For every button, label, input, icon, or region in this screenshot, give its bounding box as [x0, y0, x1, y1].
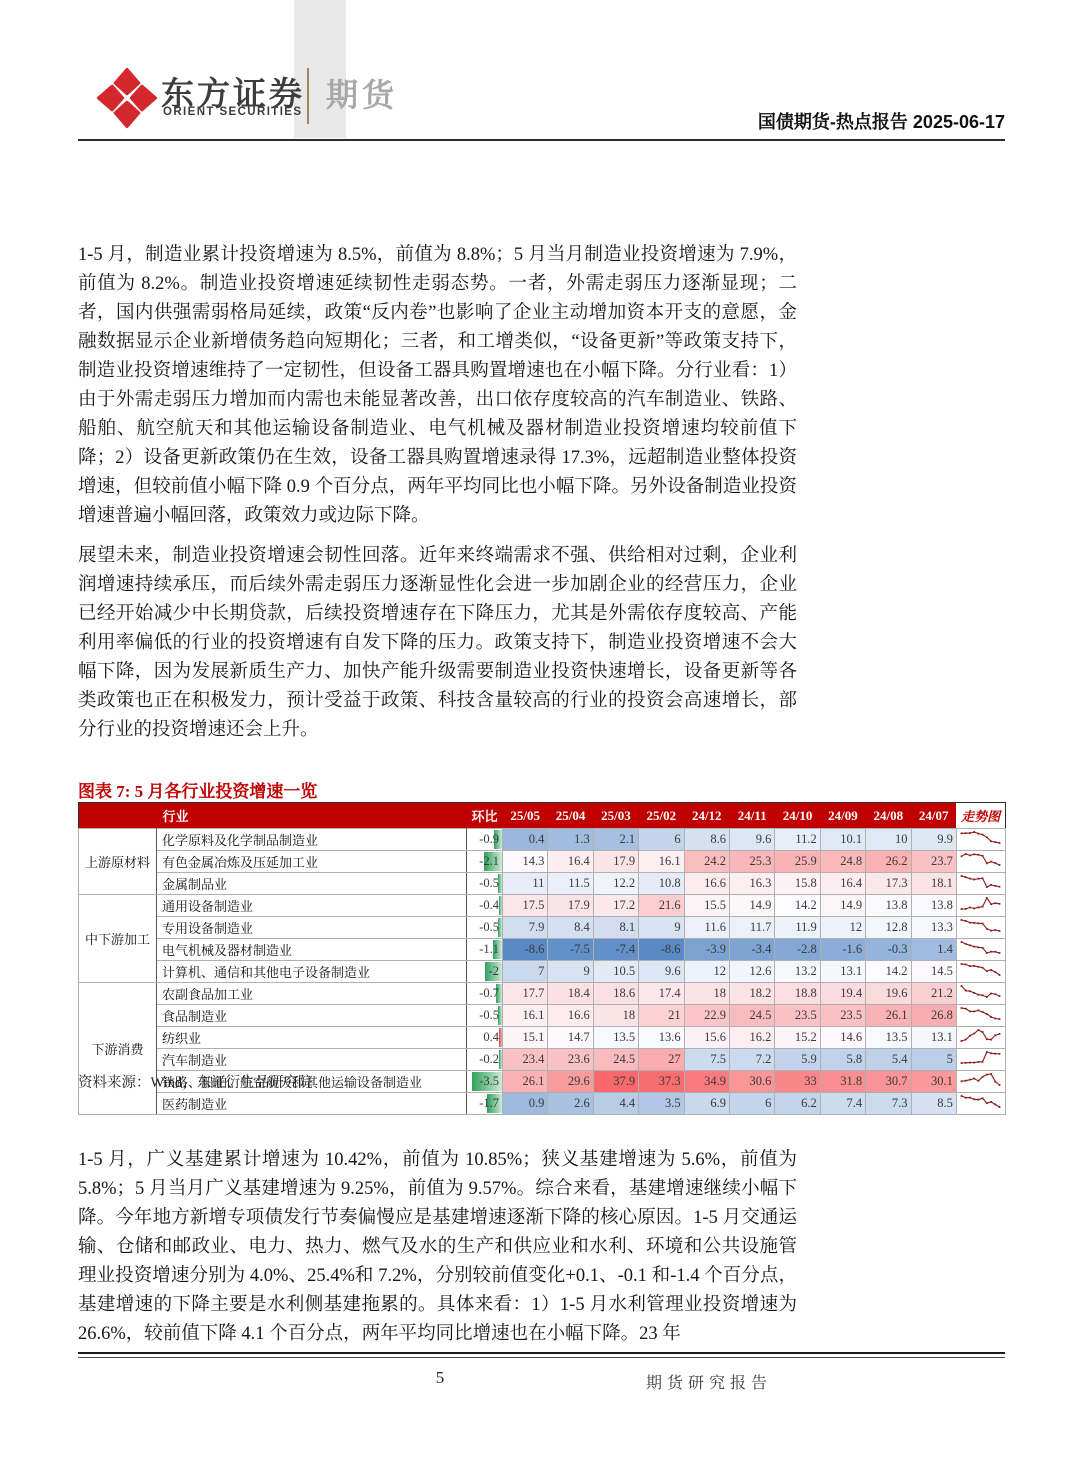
value-cell: 8.5	[911, 1093, 956, 1115]
industry-label: 金属制品业	[157, 873, 467, 895]
sparkline-cell	[956, 1093, 1005, 1115]
value-cell: 8.1	[593, 917, 638, 939]
group-label: 中下游加工	[79, 895, 157, 983]
value-cell: 0.4	[503, 829, 548, 851]
trend-sparkline	[958, 1093, 1003, 1110]
value-cell: 23.5	[775, 1005, 820, 1027]
value-cell: 11.5	[548, 873, 593, 895]
value-cell: 13.8	[911, 895, 956, 917]
table-row: 电气机械及器材制造业-1.1-8.6-7.5-7.4-8.6-3.9-3.4-2…	[79, 939, 1006, 961]
value-cell: 15.1	[503, 1027, 548, 1049]
month-column-header: 24/07	[911, 803, 956, 829]
value-cell: 15.5	[684, 895, 729, 917]
value-cell: 1.4	[911, 939, 956, 961]
value-cell: 26.1	[866, 1005, 911, 1027]
value-cell: 13.3	[911, 917, 956, 939]
mom-cell: -0.5	[467, 1005, 503, 1027]
mom-cell: -2	[467, 961, 503, 983]
month-column-header: 24/11	[729, 803, 774, 829]
trend-sparkline	[958, 1071, 1003, 1088]
value-cell: -7.5	[548, 939, 593, 961]
value-cell: 37.9	[593, 1071, 638, 1093]
value-cell: 12.2	[593, 873, 638, 895]
value-cell: 26.2	[866, 851, 911, 873]
sparkline-cell	[956, 1071, 1005, 1093]
value-cell: 6.9	[684, 1093, 729, 1115]
value-cell: -3.4	[729, 939, 774, 961]
value-cell: 2.6	[548, 1093, 593, 1115]
industry-label: 计算机、通信和其他电子设备制造业	[157, 961, 467, 983]
sparkline-column-header: 走势图	[956, 803, 1005, 829]
value-cell: 26.8	[911, 1005, 956, 1027]
value-cell: 13.6	[639, 1027, 684, 1049]
trend-sparkline	[958, 873, 1003, 890]
mom-data-bar	[499, 1050, 502, 1069]
orient-securities-logo-icon	[96, 66, 158, 130]
value-cell: 16.6	[684, 873, 729, 895]
mom-data-bar	[499, 1028, 502, 1047]
value-cell: 13.5	[866, 1027, 911, 1049]
value-cell: -8.6	[503, 939, 548, 961]
value-cell: 18	[684, 983, 729, 1005]
mom-cell: -0.4	[467, 895, 503, 917]
table-row: 有色金属冶炼及压延加工业-2.114.316.417.916.124.225.3…	[79, 851, 1006, 873]
sparkline-cell	[956, 851, 1005, 873]
value-cell: 24.8	[820, 851, 865, 873]
value-cell: 30.7	[866, 1071, 911, 1093]
trend-sparkline	[958, 961, 1003, 978]
trend-sparkline	[958, 983, 1003, 1000]
value-cell: -2.8	[775, 939, 820, 961]
value-cell: 31.8	[820, 1071, 865, 1093]
table-row: 食品制造业-0.516.116.6182122.924.523.523.526.…	[79, 1005, 1006, 1027]
sparkline-cell	[956, 895, 1005, 917]
mom-cell: 0.4	[467, 1027, 503, 1049]
group-label: 下游消费	[79, 983, 157, 1115]
sparkline-cell	[956, 917, 1005, 939]
value-cell: 5	[911, 1049, 956, 1071]
value-cell: 24.5	[593, 1049, 638, 1071]
value-cell: 6	[639, 829, 684, 851]
value-cell: 10.8	[639, 873, 684, 895]
trend-sparkline	[958, 851, 1003, 868]
group-column-header	[79, 803, 157, 829]
industry-label: 纺织业	[157, 1027, 467, 1049]
value-cell: 14.2	[775, 895, 820, 917]
value-cell: 5.8	[820, 1049, 865, 1071]
value-cell: 18	[593, 1005, 638, 1027]
value-cell: 17.5	[503, 895, 548, 917]
value-cell: 14.9	[729, 895, 774, 917]
figure-source: 资料来源：Wind，东证衍生品研究院	[78, 1071, 313, 1092]
value-cell: 16.1	[503, 1005, 548, 1027]
value-cell: -7.4	[593, 939, 638, 961]
trend-sparkline	[958, 1027, 1003, 1044]
sparkline-cell	[956, 1005, 1005, 1027]
value-cell: 16.6	[548, 1005, 593, 1027]
industry-label: 化学原料及化学制品制造业	[157, 829, 467, 851]
sparkline-cell	[956, 1049, 1005, 1071]
industry-label: 农副食品加工业	[157, 983, 467, 1005]
mom-cell: -1.7	[467, 1093, 503, 1115]
value-cell: 4.4	[593, 1093, 638, 1115]
value-cell: 21.2	[911, 983, 956, 1005]
mom-cell: -2.1	[467, 851, 503, 873]
mom-cell: -0.5	[467, 873, 503, 895]
brand-division: 期货	[326, 70, 398, 116]
value-cell: 24.2	[684, 851, 729, 873]
value-cell: 11.7	[729, 917, 774, 939]
mom-cell: -0.5	[467, 917, 503, 939]
sparkline-cell	[956, 983, 1005, 1005]
value-cell: 18.6	[593, 983, 638, 1005]
group-label: 上游原材料	[79, 829, 157, 895]
value-cell: 18.4	[548, 983, 593, 1005]
figure-title: 图表 7: 5 月各行业投资增速一览	[78, 777, 317, 802]
table-row: 上游原材料化学原料及化学制品制造业-0.90.41.32.168.69.611.…	[79, 829, 1006, 851]
month-column-header: 25/03	[593, 803, 638, 829]
value-cell: 17.3	[866, 873, 911, 895]
value-cell: 14.2	[866, 961, 911, 983]
industry-label: 汽车制造业	[157, 1049, 467, 1071]
mom-cell: -0.7	[467, 983, 503, 1005]
value-cell: -1.6	[820, 939, 865, 961]
month-column-header: 25/02	[639, 803, 684, 829]
mom-data-bar	[499, 896, 502, 915]
trend-sparkline	[958, 829, 1003, 846]
value-cell: 14.3	[503, 851, 548, 873]
value-cell: 29.6	[548, 1071, 593, 1093]
value-cell: 15.8	[775, 873, 820, 895]
value-cell: 14.5	[911, 961, 956, 983]
industry-table: 行业环比25/0525/0425/0325/0224/1224/1124/102…	[78, 802, 1006, 1115]
paragraph-manufacturing: 1-5 月，制造业累计投资增速为 8.5%，前值为 8.8%；5 月当月制造业投…	[78, 241, 797, 531]
value-cell: 9.6	[729, 829, 774, 851]
value-cell: 11.6	[684, 917, 729, 939]
value-cell: 9	[548, 961, 593, 983]
value-cell: -0.3	[866, 939, 911, 961]
month-column-header: 24/12	[684, 803, 729, 829]
industry-label: 食品制造业	[157, 1005, 467, 1027]
value-cell: 10.1	[820, 829, 865, 851]
value-cell: 12	[820, 917, 865, 939]
value-cell: 22.9	[684, 1005, 729, 1027]
value-cell: 24.5	[729, 1005, 774, 1027]
value-cell: 17.7	[503, 983, 548, 1005]
table-row: 金属制品业-0.51111.512.210.816.616.315.816.41…	[79, 873, 1006, 895]
month-column-header: 25/05	[503, 803, 548, 829]
value-cell: 37.3	[639, 1071, 684, 1093]
value-cell: 16.3	[729, 873, 774, 895]
value-cell: 18.8	[775, 983, 820, 1005]
value-cell: -8.6	[639, 939, 684, 961]
value-cell: 14.9	[820, 895, 865, 917]
value-cell: 25.9	[775, 851, 820, 873]
value-cell: 16.4	[548, 851, 593, 873]
page-number: 5	[400, 1368, 480, 1388]
value-cell: 34.9	[684, 1071, 729, 1093]
value-cell: 27	[639, 1049, 684, 1071]
brand-name-en: ORIENT SECURITIES	[163, 106, 302, 118]
value-cell: 26.1	[503, 1071, 548, 1093]
value-cell: 15.2	[775, 1027, 820, 1049]
value-cell: 19.4	[820, 983, 865, 1005]
value-cell: 30.1	[911, 1071, 956, 1093]
month-column-header: 24/09	[820, 803, 865, 829]
value-cell: 13.1	[911, 1027, 956, 1049]
value-cell: 21.6	[639, 895, 684, 917]
value-cell: 11.9	[775, 917, 820, 939]
value-cell: 1.3	[548, 829, 593, 851]
value-cell: 10.5	[593, 961, 638, 983]
value-cell: 12.8	[866, 917, 911, 939]
value-cell: 7.2	[729, 1049, 774, 1071]
value-cell: 19.6	[866, 983, 911, 1005]
month-column-header: 25/04	[548, 803, 593, 829]
trend-sparkline	[958, 939, 1003, 956]
industry-label: 通用设备制造业	[157, 895, 467, 917]
table-row: 汽车制造业-0.223.423.624.5277.57.25.95.85.45	[79, 1049, 1006, 1071]
value-cell: 14.6	[820, 1027, 865, 1049]
report-title: 国债期货-热点报告 2025-06-17	[758, 108, 1005, 134]
brand-divider-line	[307, 68, 309, 124]
value-cell: 11.2	[775, 829, 820, 851]
value-cell: 13.8	[866, 895, 911, 917]
table-row: 纺织业0.415.114.713.513.615.616.215.214.613…	[79, 1027, 1006, 1049]
value-cell: 11	[503, 873, 548, 895]
month-column-header: 24/08	[866, 803, 911, 829]
value-cell: 23.4	[503, 1049, 548, 1071]
value-cell: 13.2	[775, 961, 820, 983]
month-column-header: 24/10	[775, 803, 820, 829]
value-cell: 8.6	[684, 829, 729, 851]
value-cell: 3.5	[639, 1093, 684, 1115]
table-row: 计算机、通信和其他电子设备制造业-27910.59.61212.613.213.…	[79, 961, 1006, 983]
value-cell: 5.4	[866, 1049, 911, 1071]
value-cell: 6.2	[775, 1093, 820, 1115]
value-cell: 6	[729, 1093, 774, 1115]
value-cell: 21	[639, 1005, 684, 1027]
value-cell: 12	[684, 961, 729, 983]
value-cell: 5.9	[775, 1049, 820, 1071]
value-cell: 23.7	[911, 851, 956, 873]
value-cell: 7.3	[866, 1093, 911, 1115]
value-cell: 9	[639, 917, 684, 939]
value-cell: 17.4	[639, 983, 684, 1005]
industry-label: 专用设备制造业	[157, 917, 467, 939]
value-cell: 17.9	[593, 851, 638, 873]
value-cell: 13.1	[820, 961, 865, 983]
industry-label: 电气机械及器材制造业	[157, 939, 467, 961]
value-cell: 7.5	[684, 1049, 729, 1071]
mom-cell: -0.2	[467, 1049, 503, 1071]
value-cell: 17.2	[593, 895, 638, 917]
trend-sparkline	[958, 1005, 1003, 1022]
value-cell: 33	[775, 1071, 820, 1093]
sparkline-cell	[956, 961, 1005, 983]
value-cell: 23.5	[820, 1005, 865, 1027]
value-cell: -3.9	[684, 939, 729, 961]
header-rule	[78, 139, 1005, 141]
mom-cell: -1.1	[467, 939, 503, 961]
table-row: 中下游加工通用设备制造业-0.417.517.917.221.615.514.9…	[79, 895, 1006, 917]
footer-rule	[78, 1352, 1005, 1358]
sparkline-cell	[956, 829, 1005, 851]
value-cell: 14.7	[548, 1027, 593, 1049]
value-cell: 15.6	[684, 1027, 729, 1049]
trend-sparkline	[958, 1049, 1003, 1066]
table-header-row: 行业环比25/0525/0425/0325/0224/1224/1124/102…	[79, 803, 1006, 829]
table-row: 医药制造业-1.70.92.64.43.56.966.27.47.38.5	[79, 1093, 1006, 1115]
industry-column-header: 行业	[157, 803, 467, 829]
value-cell: 10	[866, 829, 911, 851]
table-row: 下游消费农副食品加工业-0.717.718.418.617.41818.218.…	[79, 983, 1006, 1005]
value-cell: 18.1	[911, 873, 956, 895]
value-cell: 9.6	[639, 961, 684, 983]
value-cell: 30.6	[729, 1071, 774, 1093]
value-cell: 7.9	[503, 917, 548, 939]
value-cell: 23.6	[548, 1049, 593, 1071]
value-cell: 25.3	[729, 851, 774, 873]
mom-cell: -3.5	[467, 1071, 503, 1093]
industry-label: 医药制造业	[157, 1093, 467, 1115]
value-cell: 9.9	[911, 829, 956, 851]
sparkline-cell	[956, 1027, 1005, 1049]
value-cell: 0.9	[503, 1093, 548, 1115]
value-cell: 16.2	[729, 1027, 774, 1049]
mom-column-header: 环比	[467, 803, 503, 829]
value-cell: 16.1	[639, 851, 684, 873]
report-page: 东方证券 ORIENT SECURITIES 期货 国债期货-热点报告 2025…	[0, 0, 1080, 1466]
value-cell: 2.1	[593, 829, 638, 851]
trend-sparkline	[958, 917, 1003, 934]
trend-sparkline	[958, 895, 1003, 912]
footer-label: 期货研究报告	[646, 1370, 772, 1393]
sparkline-cell	[956, 939, 1005, 961]
paragraph-infrastructure: 1-5 月，广义基建累计增速为 10.42%，前值为 10.85%；狭义基建增速…	[78, 1146, 797, 1349]
industry-label: 有色金属冶炼及压延加工业	[157, 851, 467, 873]
value-cell: 12.6	[729, 961, 774, 983]
value-cell: 16.4	[820, 873, 865, 895]
value-cell: 18.2	[729, 983, 774, 1005]
value-cell: 13.5	[593, 1027, 638, 1049]
value-cell: 7.4	[820, 1093, 865, 1115]
table-row: 专用设备制造业-0.57.98.48.1911.611.711.91212.81…	[79, 917, 1006, 939]
sparkline-cell	[956, 873, 1005, 895]
mom-cell: -0.9	[467, 829, 503, 851]
value-cell: 7	[503, 961, 548, 983]
paragraph-outlook: 展望未来，制造业投资增速会韧性回落。近年来终端需求不强、供给相对过剩，企业利润增…	[78, 542, 797, 745]
value-cell: 17.9	[548, 895, 593, 917]
value-cell: 8.4	[548, 917, 593, 939]
